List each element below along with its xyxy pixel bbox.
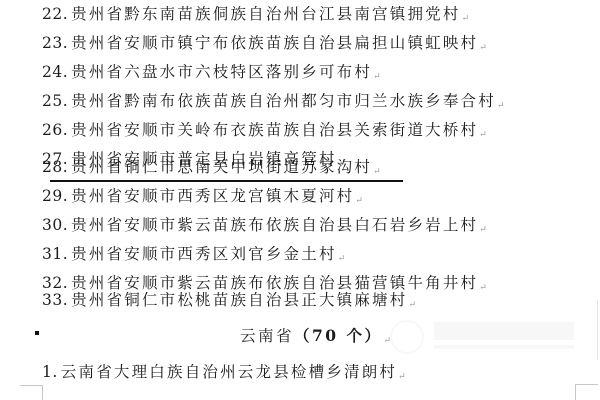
paragraph-mark-icon: ↵ [355, 196, 363, 206]
paragraph-mark-icon: ↵ [383, 336, 391, 346]
list-item: 24.贵州省六盘水市六枝特区落别乡可布村↵ [42, 62, 381, 87]
page-edge-divider [597, 300, 598, 360]
item-text: 贵州省安顺市镇宁布依族苗族自治县扁担山镇虹映村 [71, 34, 478, 52]
underline-annotation [50, 180, 403, 182]
list-item: 33.贵州省铜仁市松桃苗族自治县正大镇麻塘村↵ [42, 290, 416, 315]
paragraph-mark-icon: ↵ [479, 130, 487, 140]
paragraph-mark-icon: ↵ [479, 43, 487, 53]
section-heading: 云南省（70 个）↵ [240, 326, 391, 351]
paragraph-mark-icon: ↵ [373, 72, 381, 82]
item-number: 24. [42, 63, 68, 81]
paragraph-mark-icon: ↵ [338, 254, 346, 264]
paragraph-mark-icon: ↵ [497, 101, 505, 111]
heading-count: （70 个） [294, 326, 382, 345]
list-item-highlighted: 28.贵州省铜仁市思南关中坝街道苏家沟村↵ [42, 157, 381, 182]
list-item: 31.贵州省安顺市西秀区刘官乡金土村↵ [42, 244, 345, 269]
item-number: 23. [42, 34, 68, 52]
item-number: 28. [42, 158, 68, 176]
list-item: 29.贵州省安顺市西秀区龙宫镇木夏河村↵ [42, 186, 363, 211]
list-item: 23.贵州省安顺市镇宁布依族苗族自治县扁担山镇虹映村↵ [42, 33, 487, 58]
item-number: 1. [42, 363, 58, 381]
item-number: 33. [42, 291, 68, 309]
watermark-logo-icon [390, 318, 590, 354]
item-text: 贵州省安顺市关岭布衣族苗族自治县关索街道大桥村 [71, 121, 478, 139]
crop-mark-icon [20, 385, 43, 400]
item-text: 贵州省安顺市紫云苗族布依族自治县白石岩乡岩上村 [71, 216, 478, 234]
document-page: 22.贵州省黔东南苗族侗族自治州台江县南宫镇拥党村↵ 23.贵州省安顺市镇宁布依… [0, 0, 600, 400]
item-text: 贵州省铜仁市松桃苗族自治县正大镇麻塘村 [71, 291, 407, 309]
paragraph-mark-icon: ↵ [373, 167, 381, 177]
item-number: 30. [42, 216, 68, 234]
heading-province: 云南省 [240, 327, 294, 345]
paragraph-mark-icon: ↵ [408, 300, 416, 310]
item-number: 29. [42, 187, 68, 205]
list-item: 25.贵州省黔南布依族苗族自治州都匀市归兰水族乡奉合村↵ [42, 91, 505, 116]
list-item: 22.贵州省黔东南苗族侗族自治州台江县南宫镇拥党村↵ [42, 4, 469, 29]
paragraph-mark-icon: ↵ [462, 14, 470, 24]
item-number: 22. [42, 5, 68, 23]
item-text: 贵州省安顺市西秀区龙宫镇木夏河村 [71, 187, 354, 205]
item-text: 贵州省六盘水市六枝特区落别乡可布村 [71, 63, 372, 81]
item-number: 31. [42, 245, 68, 263]
item-text: 贵州省黔东南苗族侗族自治州台江县南宫镇拥党村 [71, 5, 460, 23]
item-number: 26. [42, 121, 68, 139]
item-text: 贵州省黔南布依族苗族自治州都匀市归兰水族乡奉合村 [71, 92, 496, 110]
paragraph-mark-icon: ↵ [398, 372, 406, 382]
item-number: 25. [42, 92, 68, 110]
item-text: 云南省大理白族自治州云龙县检槽乡清朗村 [61, 363, 397, 381]
paragraph-mark-icon: ↵ [479, 225, 487, 235]
item-text: 贵州省安顺市西秀区刘官乡金土村 [71, 245, 337, 263]
list-item: 26.贵州省安顺市关岭布衣族苗族自治县关索街道大桥村↵ [42, 120, 487, 145]
crop-mark-icon [575, 384, 598, 400]
list-item: 30.贵州省安顺市紫云苗族布依族自治县白石岩乡岩上村↵ [42, 215, 487, 240]
paragraph-mark-icon: ↵ [479, 283, 487, 293]
list-item: 1.云南省大理白族自治州云龙县检槽乡清朗村↵ [42, 362, 406, 387]
list-bullet-icon [35, 331, 39, 335]
item-text: 贵州省铜仁市思南关中坝街道苏家沟村 [71, 158, 372, 176]
